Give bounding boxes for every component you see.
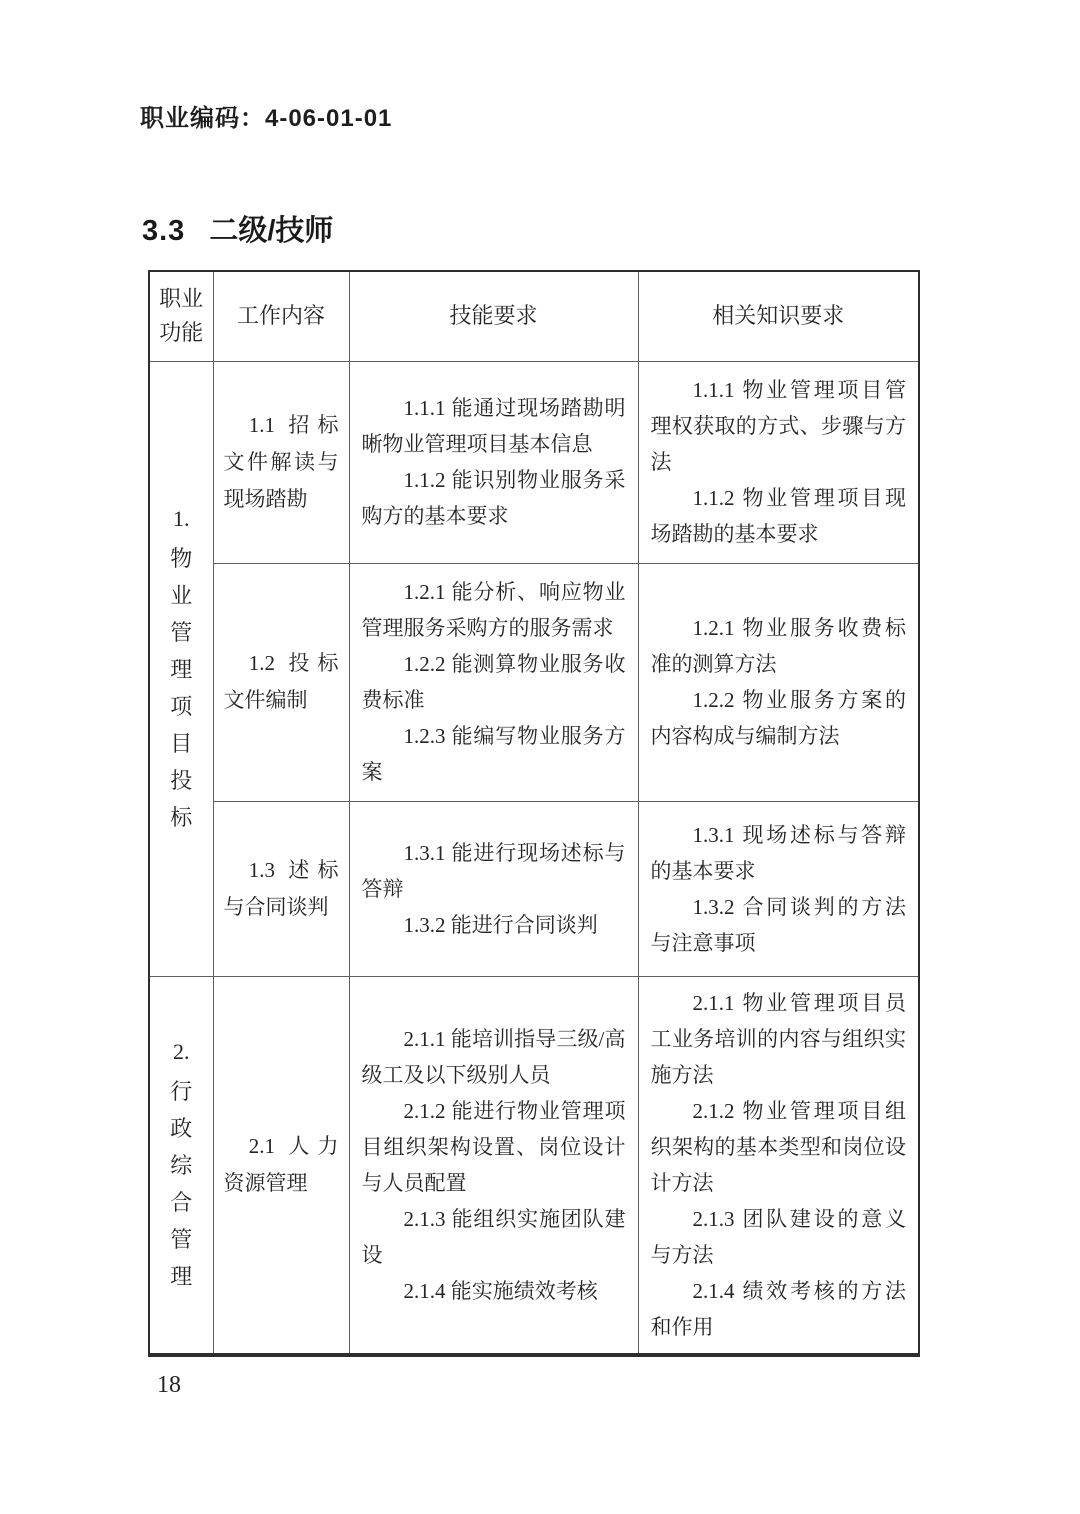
header-function: 职业功能 <box>149 271 213 361</box>
skills-cell: 1.3.1 能进行现场述标与答辩 1.3.2 能进行合同谈判 <box>349 801 638 976</box>
knowledge-item: 1.2.2 物业服务方案的内容构成与编制方法 <box>651 682 907 754</box>
document-page: 职业编码：4-06-01-01 3.3二级/技师 职业功能 工作内容 技能要求 … <box>0 0 1080 1514</box>
work-content-cell: 1.1 招标文件解读与现场踏勘 <box>213 361 349 563</box>
header-work: 工作内容 <box>213 271 349 361</box>
header-skills: 技能要求 <box>349 271 638 361</box>
skills-cell: 1.2.1 能分析、响应物业管理服务采购方的服务需求 1.2.2 能测算物业服务… <box>349 563 638 801</box>
section-number: 3.3 <box>142 215 185 247</box>
work-content: 1.2 投标文件编制 <box>224 645 339 719</box>
table-row: 2. 行政综合管理 2.1 人力资源管理 2.1.1 能培训指导三级/高级工及以… <box>149 976 919 1355</box>
skill-item: 1.2.3 能编写物业服务方案 <box>362 718 626 790</box>
knowledge-item: 2.1.1 物业管理项目员工业务培训的内容与组织实施方法 <box>651 985 907 1093</box>
skill-item: 2.1.1 能培训指导三级/高级工及以下级别人员 <box>362 1021 626 1093</box>
work-content: 2.1 人力资源管理 <box>224 1128 339 1202</box>
work-content: 1.1 招标文件解读与现场踏勘 <box>224 407 339 518</box>
occupation-standard-table: 职业功能 工作内容 技能要求 相关知识要求 1. 物业管理项目投标 1.1 招标… <box>148 270 920 1357</box>
skill-item: 1.2.1 能分析、响应物业管理服务采购方的服务需求 <box>362 574 626 646</box>
skill-item: 1.2.2 能测算物业服务收费标准 <box>362 646 626 718</box>
knowledge-item: 1.3.1 现场述标与答辩的基本要求 <box>651 817 907 889</box>
function-group-name: 行政综合管理 <box>169 1073 193 1295</box>
header-knowledge: 相关知识要求 <box>638 271 919 361</box>
skill-item: 1.3.2 能进行合同谈判 <box>362 907 626 943</box>
work-content-cell: 1.3 述标与合同谈判 <box>213 801 349 976</box>
skill-item: 1.1.1 能通过现场踏勘明晰物业管理项目基本信息 <box>362 390 626 462</box>
knowledge-item: 1.1.2 物业管理项目现场踏勘的基本要求 <box>651 480 907 552</box>
function-group-2: 2. 行政综合管理 <box>149 976 213 1355</box>
knowledge-cell: 2.1.1 物业管理项目员工业务培训的内容与组织实施方法 2.1.2 物业管理项… <box>638 976 919 1355</box>
knowledge-cell: 1.3.1 现场述标与答辩的基本要求 1.3.2 合同谈判的方法与注意事项 <box>638 801 919 976</box>
knowledge-cell: 1.1.1 物业管理项目管理权获取的方式、步骤与方法 1.1.2 物业管理项目现… <box>638 361 919 563</box>
section-heading: 3.3二级/技师 <box>142 208 333 249</box>
occupation-code: 职业编码：4-06-01-01 <box>140 98 392 133</box>
knowledge-item: 1.1.1 物业管理项目管理权获取的方式、步骤与方法 <box>651 372 907 480</box>
skill-item: 2.1.2 能进行物业管理项目组织架构设置、岗位设计与人员配置 <box>362 1093 626 1201</box>
knowledge-item: 2.1.3 团队建设的意义与方法 <box>651 1201 907 1273</box>
skill-item: 2.1.3 能组织实施团队建设 <box>362 1201 626 1273</box>
function-group-1: 1. 物业管理项目投标 <box>149 361 213 976</box>
knowledge-item: 1.3.2 合同谈判的方法与注意事项 <box>651 889 907 961</box>
table-header-row: 职业功能 工作内容 技能要求 相关知识要求 <box>149 271 919 361</box>
work-content-cell: 2.1 人力资源管理 <box>213 976 349 1355</box>
skills-cell: 1.1.1 能通过现场踏勘明晰物业管理项目基本信息 1.1.2 能识别物业服务采… <box>349 361 638 563</box>
knowledge-cell: 1.2.1 物业服务收费标准的测算方法 1.2.2 物业服务方案的内容构成与编制… <box>638 563 919 801</box>
knowledge-item: 1.2.1 物业服务收费标准的测算方法 <box>651 610 907 682</box>
skill-item: 1.3.1 能进行现场述标与答辩 <box>362 835 626 907</box>
table-row: 1.2 投标文件编制 1.2.1 能分析、响应物业管理服务采购方的服务需求 1.… <box>149 563 919 801</box>
skills-cell: 2.1.1 能培训指导三级/高级工及以下级别人员 2.1.2 能进行物业管理项目… <box>349 976 638 1355</box>
work-content: 1.3 述标与合同谈判 <box>224 852 339 926</box>
knowledge-item: 2.1.2 物业管理项目组织架构的基本类型和岗位设计方法 <box>651 1093 907 1201</box>
work-content-cell: 1.2 投标文件编制 <box>213 563 349 801</box>
function-group-name: 物业管理项目投标 <box>169 540 193 836</box>
function-group-number: 1. <box>150 502 213 536</box>
section-title: 二级/技师 <box>209 215 333 247</box>
page-number: 18 <box>157 1372 181 1399</box>
knowledge-item: 2.1.4 绩效考核的方法和作用 <box>651 1273 907 1345</box>
table-row: 1.3 述标与合同谈判 1.3.1 能进行现场述标与答辩 1.3.2 能进行合同… <box>149 801 919 976</box>
table-row: 1. 物业管理项目投标 1.1 招标文件解读与现场踏勘 1.1.1 能通过现场踏… <box>149 361 919 563</box>
skill-item: 2.1.4 能实施绩效考核 <box>362 1273 626 1309</box>
function-group-number: 2. <box>150 1035 213 1069</box>
skill-item: 1.1.2 能识别物业服务采购方的基本要求 <box>362 462 626 534</box>
